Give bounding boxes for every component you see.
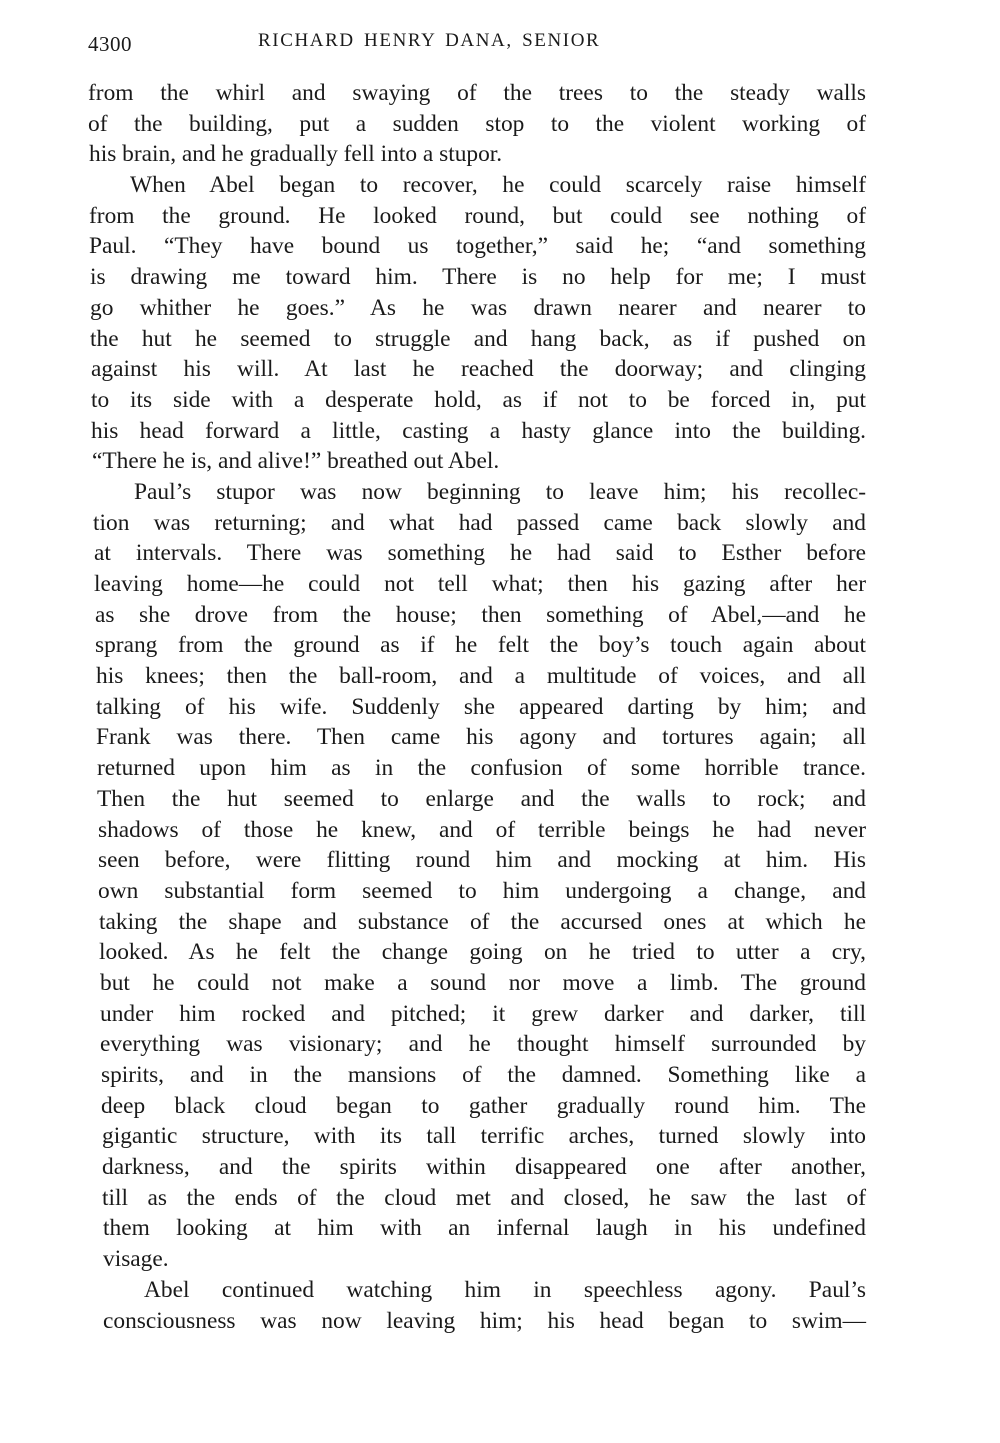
text-line: under him rocked and pitched; it grew da…	[100, 999, 866, 1030]
text-line: at intervals. There was something he had…	[94, 538, 866, 569]
text-line: Frank was there. Then came his agony and…	[96, 722, 866, 753]
body-text: from the whirl and swaying of the trees …	[88, 78, 866, 1336]
text-line: spirits, and in the mansions of the damn…	[101, 1060, 866, 1091]
text-line: everything was visionary; and he thought…	[100, 1029, 866, 1060]
text-line: visage.	[103, 1244, 866, 1275]
text-line: looked. As he felt the change going on h…	[99, 937, 866, 968]
text-line: them looking at him with an infernal lau…	[103, 1213, 866, 1244]
running-title: RICHARD HENRY DANA, SENIOR	[258, 30, 600, 52]
text-line: till as the ends of the cloud met and cl…	[102, 1183, 866, 1214]
text-line: taking the shape and substance of the ac…	[99, 907, 866, 938]
text-line: talking of his wife. Suddenly she appear…	[96, 692, 866, 723]
text-line: own substantial form seemed to him under…	[98, 876, 866, 907]
text-line: Paul’s stupor was now beginning to leave…	[93, 477, 866, 508]
paragraph-4: Abel continued watching him in speechles…	[88, 1275, 866, 1336]
text-line: seen before, were flitting round him and…	[98, 845, 866, 876]
text-line: of the building, put a sudden stop to th…	[88, 109, 866, 140]
text-line: as she drove from the house; then someth…	[95, 600, 866, 631]
text-line: his brain, and he gradually fell into a …	[89, 139, 866, 170]
text-line: the hut he seemed to struggle and hang b…	[90, 324, 866, 355]
text-line: When Abel began to recover, he could sca…	[89, 170, 866, 201]
page-number: 4300	[88, 32, 132, 57]
text-line: against his will. At last he reached the…	[91, 354, 866, 385]
text-line: his head forward a little, casting a has…	[91, 416, 866, 447]
paragraph-3: Paul’s stupor was now beginning to leave…	[88, 477, 866, 1275]
paragraph-1: from the whirl and swaying of the trees …	[88, 78, 866, 170]
text-line: sprang from the ground as if he felt the…	[95, 630, 866, 661]
text-line: Abel continued watching him in speechles…	[103, 1275, 866, 1306]
book-page: 4300 RICHARD HENRY DANA, SENIOR from the…	[0, 0, 1000, 1443]
text-line: is drawing me toward him. There is no he…	[90, 262, 866, 293]
text-line: deep black cloud began to gather gradual…	[101, 1091, 866, 1122]
text-line: tion was returning; and what had passed …	[93, 508, 866, 539]
text-line: gigantic structure, with its tall terrif…	[102, 1121, 866, 1152]
text-line: from the whirl and swaying of the trees …	[88, 78, 866, 109]
text-line: his knees; then the ball-room, and a mul…	[96, 661, 866, 692]
text-line: but he could not make a sound nor move a…	[100, 968, 866, 999]
paragraph-2: When Abel began to recover, he could sca…	[88, 170, 866, 477]
text-line: shadows of those he knew, and of terribl…	[98, 815, 866, 846]
text-line: from the ground. He looked round, but co…	[89, 201, 866, 232]
running-head: 4300 RICHARD HENRY DANA, SENIOR	[88, 30, 868, 58]
text-line: Then the hut seemed to enlarge and the w…	[97, 784, 866, 815]
text-line: “There he is, and alive!” breathed out A…	[92, 446, 866, 477]
text-line: returned upon him as in the confusion of…	[97, 753, 866, 784]
text-line: consciousness was now leaving him; his h…	[103, 1306, 866, 1337]
text-line: darkness, and the spirits within disappe…	[102, 1152, 866, 1183]
text-line: go whither he goes.” As he was drawn nea…	[90, 293, 866, 324]
text-line: Paul. “They have bound us together,” sai…	[89, 231, 866, 262]
text-line: to its side with a desperate hold, as if…	[91, 385, 866, 416]
text-line: leaving home—he could not tell what; the…	[94, 569, 866, 600]
